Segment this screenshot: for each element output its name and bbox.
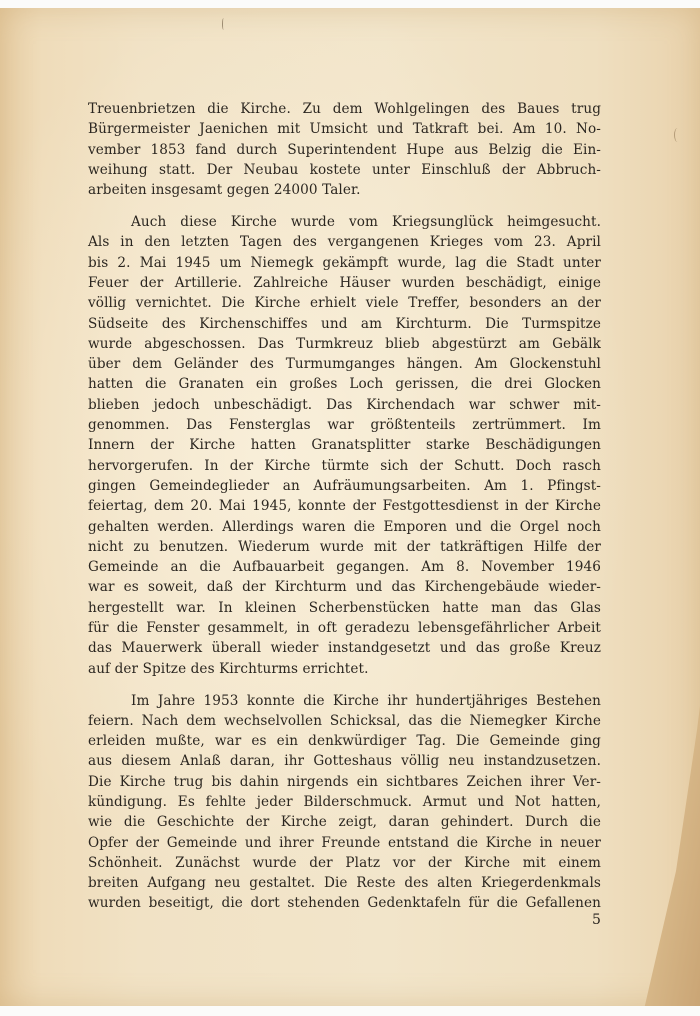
text-line: das Mauerwerk überall wieder instandgese… — [88, 638, 601, 658]
page-number: 5 — [592, 912, 601, 928]
torn-corner-fold-shadow — [672, 818, 700, 1000]
text-line: völlig vernichtet. Die Kirche erhielt vi… — [88, 293, 601, 313]
paper-nick-mark — [222, 18, 225, 30]
text-line: hatten die Granaten ein großes Loch geri… — [88, 374, 601, 394]
text-line: blieben jedoch unbeschädigt. Das Kirchen… — [88, 395, 601, 415]
text-line: Bürgermeister Jaenichen mit Umsicht und … — [88, 119, 601, 139]
scanned-page: Treuenbrietzen die Kirche. Zu dem Wohlge… — [0, 8, 700, 1006]
paragraph-2: Auch diese Kirche wurde vom Kriegsunglüc… — [88, 212, 601, 679]
text-line: Im Jahre 1953 konnte die Kirche ihr hund… — [88, 691, 601, 711]
paragraph-1: Treuenbrietzen die Kirche. Zu dem Wohlge… — [88, 99, 601, 200]
text-line: aus diesem Anlaß daran, ihr Gotteshaus v… — [88, 751, 601, 771]
text-line: Feuer der Artillerie. Zahlreiche Häuser … — [88, 273, 601, 293]
text-line: erleiden mußte, war es ein denkwürdiger … — [88, 731, 601, 751]
text-line: Auch diese Kirche wurde vom Kriegsunglüc… — [88, 212, 601, 232]
text-line: wie die Geschichte der Kirche zeigt, dar… — [88, 812, 601, 832]
text-line: gehalten werden. Allerdings waren die Em… — [88, 517, 601, 537]
text-line: feiertag, dem 20. Mai 1945, konnte der F… — [88, 496, 601, 516]
body-text: Treuenbrietzen die Kirche. Zu dem Wohlge… — [88, 99, 601, 914]
text-line: wurden beseitigt, die dort stehenden Ged… — [88, 893, 601, 913]
text-line: Als in den letzten Tagen des vergangenen… — [88, 232, 601, 252]
text-line: nicht zu benutzen. Wiederum wurde mit de… — [88, 537, 601, 557]
text-line: Schönheit. Zunächst wurde der Platz vor … — [88, 853, 601, 873]
paragraph-3: Im Jahre 1953 konnte die Kirche ihr hund… — [88, 691, 601, 914]
text-line: gingen Gemeindeglieder an Aufräumungsarb… — [88, 476, 601, 496]
text-line: vember 1853 fand durch Superintendent Hu… — [88, 140, 601, 160]
text-line: über dem Geländer des Turmumganges hänge… — [88, 354, 601, 374]
text-line: arbeiten insgesamt gegen 24000 Taler. — [88, 180, 601, 200]
text-line: Treuenbrietzen die Kirche. Zu dem Wohlge… — [88, 99, 601, 119]
text-line: feiern. Nach dem wechselvollen Schicksal… — [88, 711, 601, 731]
text-line: Opfer der Gemeinde und ihrer Freunde ent… — [88, 833, 601, 853]
text-line: hervorgerufen. In der Kirche türmte sich… — [88, 456, 601, 476]
text-line: kündigung. Es fehlte jeder Bilderschmuck… — [88, 792, 601, 812]
text-line: für die Fenster gesammelt, in oft gerade… — [88, 618, 601, 638]
torn-corner-fold — [676, 818, 700, 1000]
text-line: Die Kirche trug bis dahin nirgends ein s… — [88, 772, 601, 792]
text-line: bis 2. Mai 1945 um Niemegk gekämpft wurd… — [88, 253, 601, 273]
paper-crease-mark — [674, 128, 681, 142]
text-line: auf der Spitze des Kirchturms errichtet. — [88, 659, 601, 679]
text-line: breiten Aufgang neu gestaltet. Die Reste… — [88, 873, 601, 893]
text-line: weihung statt. Der Neubau kostete unter … — [88, 160, 601, 180]
text-line: Gemeinde an die Aufbauarbeit gegangen. A… — [88, 557, 601, 577]
text-line: genommen. Das Fensterglas war größtentei… — [88, 415, 601, 435]
text-line: Innern der Kirche hatten Granatsplitter … — [88, 435, 601, 455]
text-line: war es soweit, daß der Kirchturm und das… — [88, 577, 601, 597]
text-line: Südseite des Kirchenschiffes und am Kirc… — [88, 314, 601, 334]
text-line: hergestellt war. In kleinen Scherbenstüc… — [88, 598, 601, 618]
text-line: wurde abgeschossen. Das Turmkreuz blieb … — [88, 334, 601, 354]
